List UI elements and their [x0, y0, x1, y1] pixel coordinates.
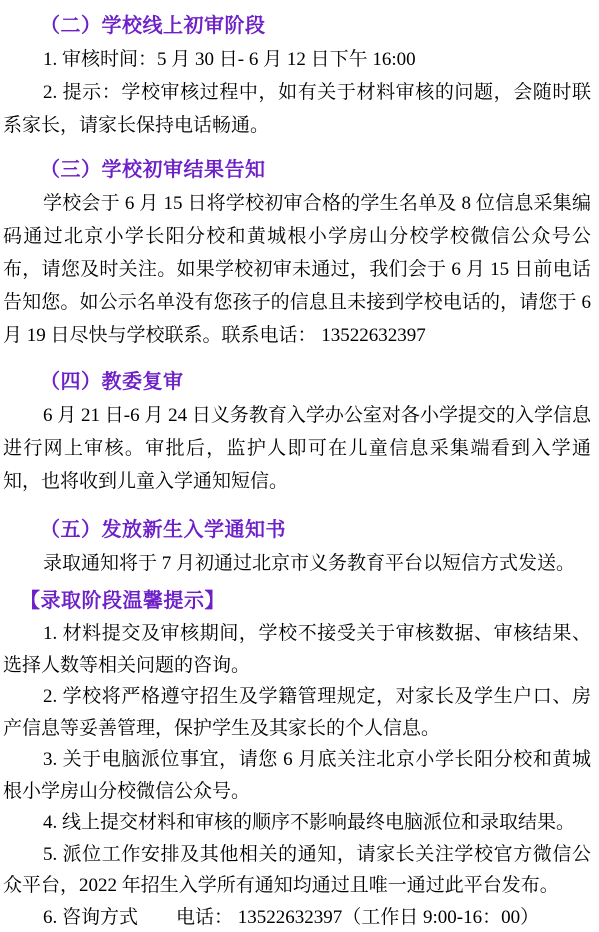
- paragraph-tip-1: 1. 材料提交及审核期间，学校不接受关于审核数据、审核结果、选择人数等相关问题的…: [3, 618, 591, 681]
- section-heading-committee-recheck: （四）教委复审: [3, 366, 591, 399]
- section-heading-admission-notice: （五）发放新生入学通知书: [3, 514, 591, 547]
- section-heading-school-online-initial-review: （二）学校线上初审阶段: [3, 10, 591, 43]
- paragraph-review-tip: 2. 提示：学校审核过程中，如有关于材料审核的问题，会随时联系家长，请家长保持电…: [3, 76, 591, 142]
- paragraph-review-time: 1. 审核时间：5 月 30 日- 6 月 12 日下午 16:00: [3, 43, 591, 76]
- paragraph-tip-2: 2. 学校将严格遵守招生及学籍管理规定，对家长及学生户口、房产信息等妥善管理，保…: [3, 681, 591, 744]
- paragraph-tip-3: 3. 关于电脑派位事宜，请您 6 月底关注北京小学长阳分校和黄城根小学房山分校微…: [3, 744, 591, 807]
- section-committee-recheck: （四）教委复审 6 月 21 日-6 月 24 日义务教育入学办公室对各小学提交…: [3, 366, 591, 498]
- section-admission-tips: 【录取阶段温馨提示】 1. 材料提交及审核期间，学校不接受关于审核数据、审核结果…: [3, 585, 591, 932]
- paragraph-tip-6-contact: 6. 咨询方式 电话： 13522632397（工作日 9:00-16：00）: [3, 902, 591, 932]
- section-heading-admission-tips: 【录取阶段温馨提示】: [3, 585, 591, 618]
- paragraph-admission-notice: 录取通知将于 7 月初通过北京市义务教育平台以短信方式发送。: [3, 547, 591, 580]
- section-admission-notice: （五）发放新生入学通知书 录取通知将于 7 月初通过北京市义务教育平台以短信方式…: [3, 514, 591, 580]
- paragraph-committee-recheck: 6 月 21 日-6 月 24 日义务教育入学办公室对各小学提交的入学信息进行网…: [3, 399, 591, 498]
- paragraph-review-result: 学校会于 6 月 15 日将学校初审合格的学生名单及 8 位信息采集编码通过北京…: [3, 187, 591, 352]
- section-heading-initial-review-result: （三）学校初审结果告知: [3, 154, 591, 187]
- paragraph-tip-5: 5. 派位工作安排及其他相关的通知，请家长关注学校官方微信公众平台，2022 年…: [3, 839, 591, 902]
- document-page: （二）学校线上初审阶段 1. 审核时间：5 月 30 日- 6 月 12 日下午…: [0, 0, 599, 932]
- section-school-online-initial-review: （二）学校线上初审阶段 1. 审核时间：5 月 30 日- 6 月 12 日下午…: [3, 10, 591, 142]
- section-initial-review-result: （三）学校初审结果告知 学校会于 6 月 15 日将学校初审合格的学生名单及 8…: [3, 154, 591, 352]
- paragraph-tip-4: 4. 线上提交材料和审核的顺序不影响最终电脑派位和录取结果。: [3, 807, 591, 839]
